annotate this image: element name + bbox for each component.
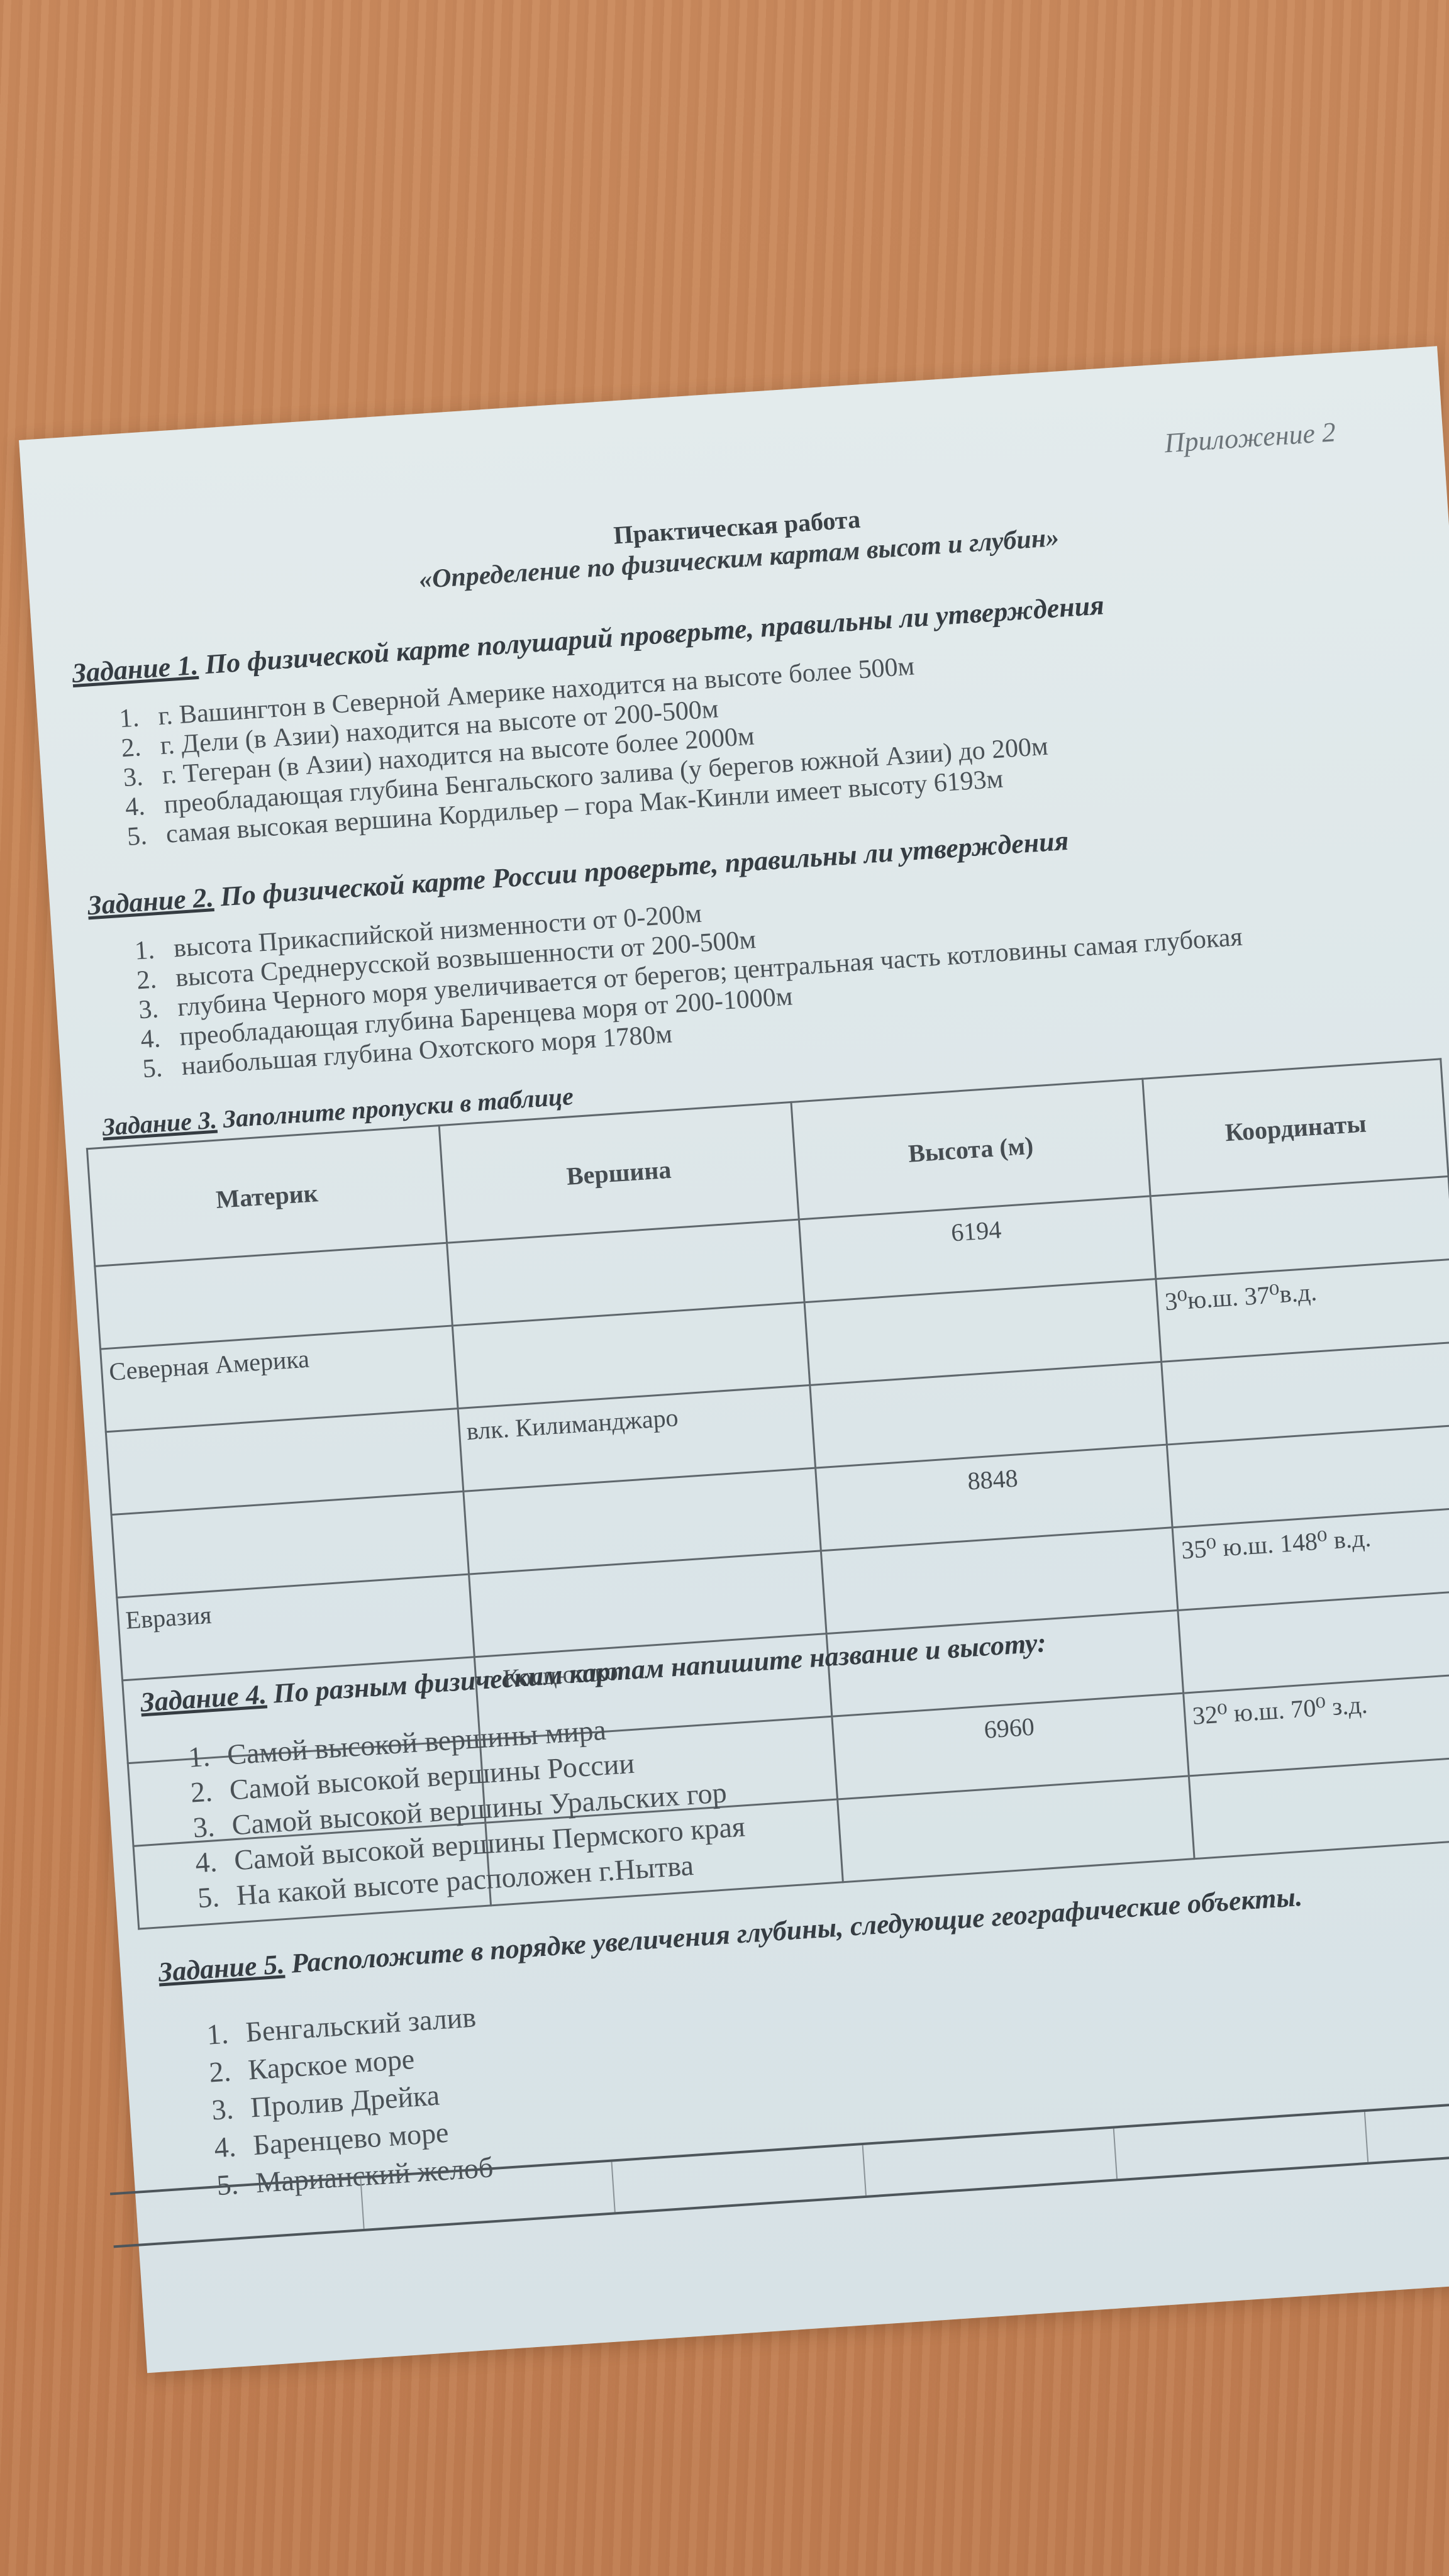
answer-cell: [1365, 2095, 1449, 2162]
answer-cell: [863, 2128, 1118, 2195]
task-2-label: Задание 2.: [87, 882, 214, 921]
appendix-label: Приложение 2: [1163, 416, 1336, 459]
answer-cell: [612, 2145, 866, 2212]
task-5-label: Задание 5.: [157, 1948, 285, 1987]
col-coordinates: Координаты: [1143, 1059, 1448, 1196]
task-3-label: Задание 3.: [101, 1106, 218, 1141]
worksheet-page: Приложение 2 Практическая работа «Опреде…: [19, 346, 1449, 2373]
answer-cell: [1114, 2112, 1368, 2179]
task-1-label: Задание 1.: [71, 650, 199, 689]
answer-cell: [110, 2179, 364, 2245]
task-4-list: 1.Самой высокой вершины мира 2.Самой выс…: [187, 1704, 749, 1916]
col-continent: Материк: [87, 1126, 447, 1267]
col-height: Высота (м): [791, 1079, 1151, 1219]
col-summit: Вершина: [439, 1102, 799, 1243]
